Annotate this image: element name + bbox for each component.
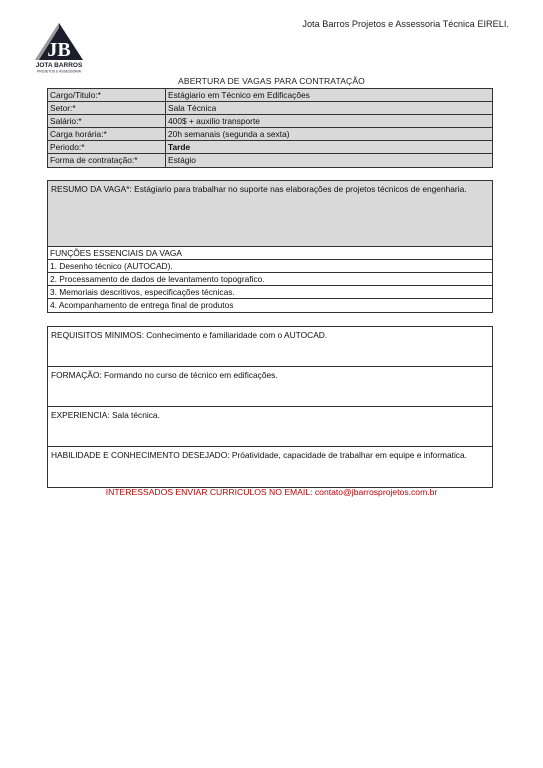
svg-text:JOTA BARROS: JOTA BARROS xyxy=(36,62,83,69)
job-summary: RESUMO DA VAGA*: Estágiario para trabalh… xyxy=(48,181,492,247)
field-label: Setor:* xyxy=(48,102,166,114)
document-title: ABERTURA DE VAGAS PARA CONTRATAÇÃO xyxy=(0,76,543,86)
svg-text:PROJETOS E ASSESSORIA: PROJETOS E ASSESSORIA xyxy=(37,70,82,74)
field-label: Forma de contratação:* xyxy=(48,154,166,167)
company-name: Jota Barros Projetos e Assessoria Técnic… xyxy=(302,19,509,29)
job-field-row: Forma de contratação:* Estágio xyxy=(48,154,492,167)
functions-heading: FUNÇÕES ESSENCIAIS DA VAGA xyxy=(48,247,492,260)
job-field-row: Carga horária:* 20h semanais (segunda a … xyxy=(48,128,492,141)
job-details-table: Cargo/Titulo:* Estágiario em Técnico em … xyxy=(47,88,493,168)
field-label: Cargo/Titulo:* xyxy=(48,89,166,101)
summary-functions-table: RESUMO DA VAGA*: Estágiario para trabalh… xyxy=(47,180,493,313)
job-field-row: Setor:* Sala Técnica xyxy=(48,102,492,115)
field-value: Tarde xyxy=(166,141,492,153)
field-label: Salário:* xyxy=(48,115,166,127)
jota-barros-logo-icon: JB JOTA BARROS PROJETOS E ASSESSORIA xyxy=(33,22,85,74)
requirement-education: FORMAÇÃO: Formando no curso de técnico e… xyxy=(48,367,492,407)
job-field-row: Salário:* 400$ + auxilio transporte xyxy=(48,115,492,128)
function-item: 4. Acompanhamento de entrega final de pr… xyxy=(48,299,492,312)
requirement-minimum: REQUISITOS MINIMOS: Conhecimento e famil… xyxy=(48,327,492,367)
svg-text:JB: JB xyxy=(47,39,70,61)
field-label: Carga horária:* xyxy=(48,128,166,140)
requirement-skills: HABILIDADE E CONHECIMENTO DESEJADO: Próa… xyxy=(48,447,492,487)
field-value: 20h semanais (segunda a sexta) xyxy=(166,128,492,140)
requirement-experience: EXPERIENCIA: Sala técnica. xyxy=(48,407,492,447)
field-value: Estágio xyxy=(166,154,492,167)
function-item: 3. Memoriais descritivos, especificações… xyxy=(48,286,492,299)
field-value: Sala Técnica xyxy=(166,102,492,114)
field-value: Estágiario em Técnico em Edificações xyxy=(166,89,492,101)
function-item: 1. Desenho técnico (AUTOCAD). xyxy=(48,260,492,273)
function-item: 2. Processamento de dados de levantament… xyxy=(48,273,492,286)
job-field-row: Cargo/Titulo:* Estágiario em Técnico em … xyxy=(48,89,492,102)
contact-instructions: INTERESSADOS ENVIAR CURRICULOS NO EMAIL:… xyxy=(0,487,543,497)
field-label: Periodo:* xyxy=(48,141,166,153)
job-field-row: Periodo:* Tarde xyxy=(48,141,492,154)
field-value: 400$ + auxilio transporte xyxy=(166,115,492,127)
requirements-table: REQUISITOS MINIMOS: Conhecimento e famil… xyxy=(47,326,493,488)
